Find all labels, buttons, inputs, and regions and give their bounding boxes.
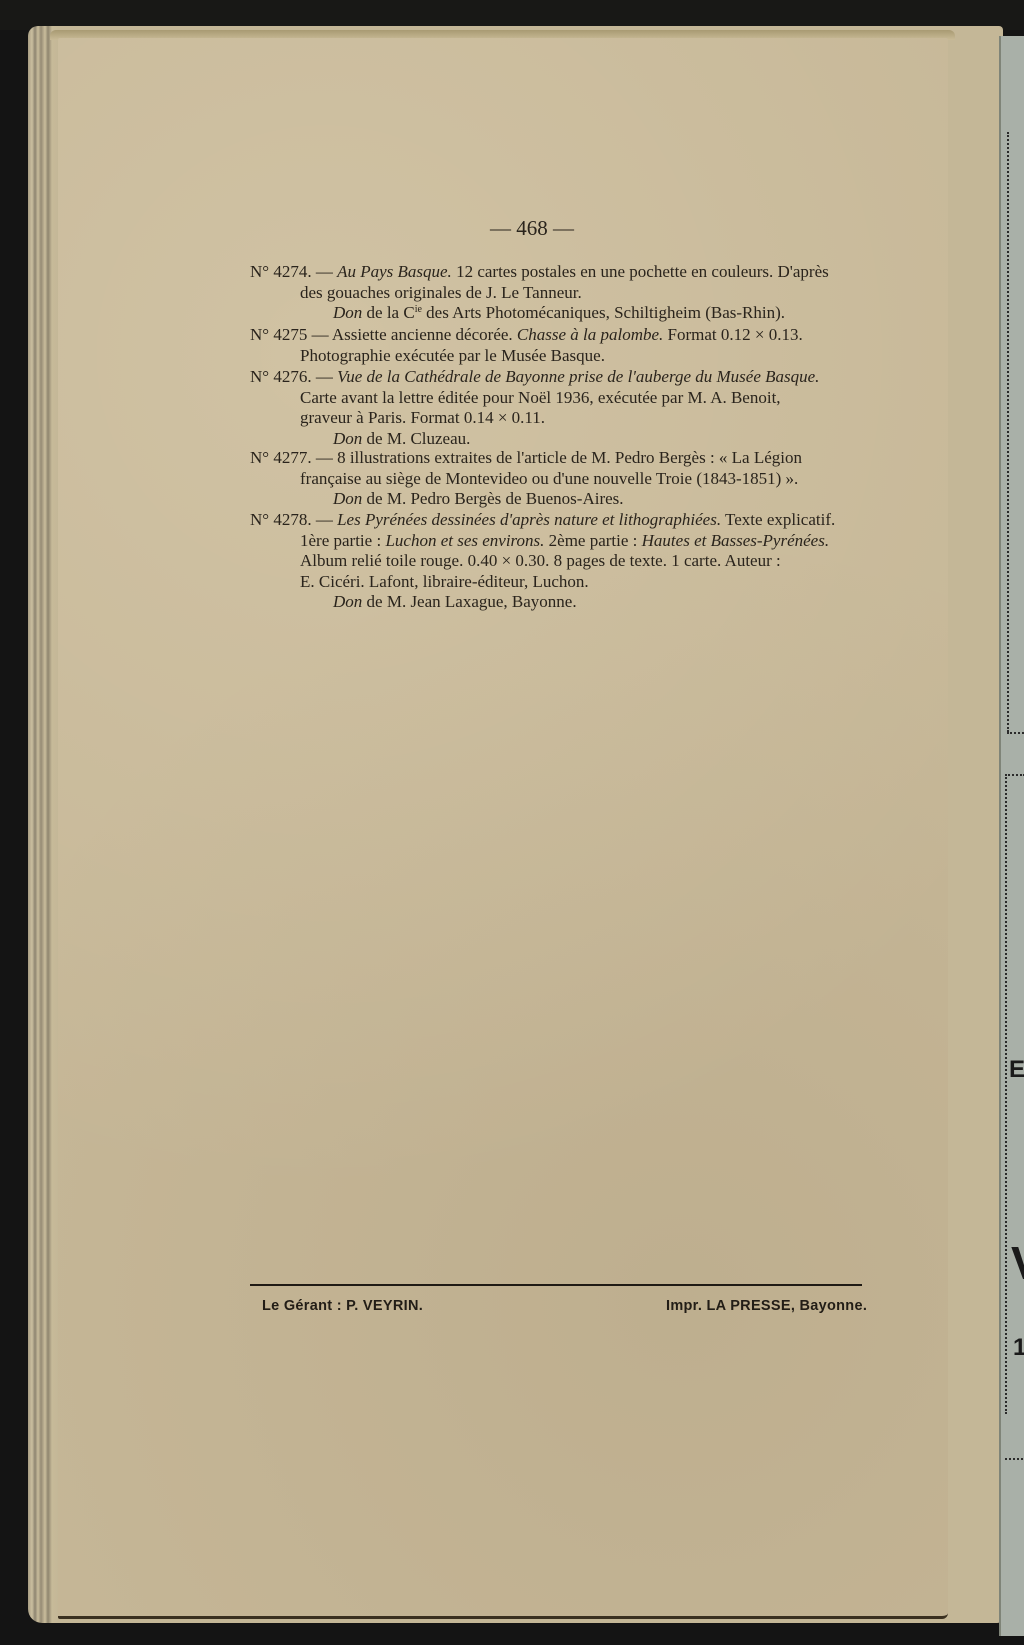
entry-text: N° 4274. — bbox=[250, 262, 337, 281]
entry-heading-line: N° 4275 — Assiette ancienne décorée. Cha… bbox=[250, 325, 862, 346]
entry-heading-line: N° 4274. — Au Pays Basque. 12 cartes pos… bbox=[250, 262, 862, 283]
adjacent-dotted-line bbox=[1005, 1458, 1024, 1460]
donor-line: Don de M. Cluzeau. bbox=[250, 429, 862, 450]
adjacent-dotted-line bbox=[1005, 774, 1007, 1414]
page-number: — 468 — bbox=[0, 216, 1024, 241]
donor-line: Don de la Cie des Arts Photomécaniques, … bbox=[250, 303, 862, 324]
italic-title-text: Luchon et ses environs. bbox=[385, 531, 544, 550]
entry-text: des gouaches originales de J. Le Tanneur… bbox=[300, 283, 582, 302]
footer-manager: Le Gérant : P. VEYRIN. bbox=[262, 1298, 423, 1314]
entry-text: de M. Jean Laxague, Bayonne. bbox=[362, 592, 576, 611]
entry-text: N° 4277. — 8 illustrations extraites de … bbox=[250, 448, 802, 467]
italic-title-text: Vue de la Cathédrale de Bayonne prise de… bbox=[337, 367, 819, 386]
entry-line: graveur à Paris. Format 0.14 × 0.11. bbox=[250, 408, 862, 429]
entry-text: des Arts Photomécaniques, Schiltigheim (… bbox=[422, 303, 785, 322]
italic-title-text: Chasse à la palombe. bbox=[517, 325, 663, 344]
entry-heading-line: N° 4277. — 8 illustrations extraites de … bbox=[250, 448, 862, 469]
entry-text: N° 4276. — bbox=[250, 367, 337, 386]
adjacent-glyph: V bbox=[1011, 1236, 1024, 1290]
catalog-entry: N° 4276. — Vue de la Cathédrale de Bayon… bbox=[250, 367, 862, 449]
adjacent-page-strip: Ea V 1 bbox=[999, 36, 1024, 1636]
entry-line: Album relié toile rouge. 0.40 × 0.30. 8 … bbox=[250, 551, 862, 572]
adjacent-glyph: Ea bbox=[1009, 1056, 1024, 1084]
footer-printer: Impr. LA PRESSE, Bayonne. bbox=[666, 1298, 867, 1314]
entry-heading-line: N° 4278. — Les Pyrénées dessinées d'aprè… bbox=[250, 510, 862, 531]
entry-text: N° 4275 — Assiette ancienne décorée. bbox=[250, 325, 517, 344]
italic-title-text: Les Pyrénées dessinées d'après nature et… bbox=[337, 510, 721, 529]
italic-title-text: Don bbox=[333, 429, 362, 448]
italic-title-text: Don bbox=[333, 303, 362, 322]
entry-text: ie bbox=[415, 304, 422, 315]
entry-text: 1ère partie : bbox=[300, 531, 385, 550]
catalog-entry: N° 4275 — Assiette ancienne décorée. Cha… bbox=[250, 325, 862, 366]
entry-text: graveur à Paris. Format 0.14 × 0.11. bbox=[300, 408, 545, 427]
entry-text: Photographie exécutée par le Musée Basqu… bbox=[300, 346, 605, 365]
entry-line: des gouaches originales de J. Le Tanneur… bbox=[250, 283, 862, 304]
entry-text: de M. Pedro Bergès de Buenos-Aires. bbox=[362, 489, 623, 508]
donor-line: Don de M. Jean Laxague, Bayonne. bbox=[250, 592, 862, 613]
entry-heading-line: N° 4276. — Vue de la Cathédrale de Bayon… bbox=[250, 367, 862, 388]
italic-title-text: Don bbox=[333, 489, 362, 508]
entry-text: Album relié toile rouge. 0.40 × 0.30. 8 … bbox=[300, 551, 781, 570]
adjacent-glyph: 1 bbox=[1013, 1334, 1024, 1362]
entry-text: de M. Cluzeau. bbox=[362, 429, 470, 448]
italic-title-text: Hautes et Basses-Pyrénées. bbox=[642, 531, 829, 550]
entry-text: 2ème partie : bbox=[544, 531, 641, 550]
entry-line: Photographie exécutée par le Musée Basqu… bbox=[250, 346, 862, 367]
catalog-entry: N° 4277. — 8 illustrations extraites de … bbox=[250, 448, 862, 510]
entry-text: N° 4278. — bbox=[250, 510, 337, 529]
entry-text: française au siège de Montevideo ou d'un… bbox=[300, 469, 798, 488]
adjacent-dotted-line bbox=[1007, 732, 1024, 734]
entry-text: Texte explicatif. bbox=[721, 510, 835, 529]
catalog-entry: N° 4278. — Les Pyrénées dessinées d'aprè… bbox=[250, 510, 862, 613]
entry-text: de la C bbox=[362, 303, 414, 322]
catalog-entry: N° 4274. — Au Pays Basque. 12 cartes pos… bbox=[250, 262, 862, 324]
entry-line: Carte avant la lettre éditée pour Noël 1… bbox=[250, 388, 862, 409]
italic-title-text: Don bbox=[333, 592, 362, 611]
donor-line: Don de M. Pedro Bergès de Buenos-Aires. bbox=[250, 489, 862, 510]
entry-line: E. Cicéri. Lafont, libraire-éditeur, Luc… bbox=[250, 572, 862, 593]
footer-rule bbox=[250, 1284, 862, 1286]
entry-line: française au siège de Montevideo ou d'un… bbox=[250, 469, 862, 490]
entry-text: Format 0.12 × 0.13. bbox=[663, 325, 802, 344]
entry-text: E. Cicéri. Lafont, libraire-éditeur, Luc… bbox=[300, 572, 589, 591]
entry-text: 12 cartes postales en une pochette en co… bbox=[452, 262, 829, 281]
adjacent-dotted-line bbox=[1005, 774, 1024, 776]
entry-line: 1ère partie : Luchon et ses environs. 2è… bbox=[250, 531, 862, 552]
italic-title-text: Au Pays Basque. bbox=[337, 262, 452, 281]
entry-text: Carte avant la lettre éditée pour Noël 1… bbox=[300, 388, 781, 407]
